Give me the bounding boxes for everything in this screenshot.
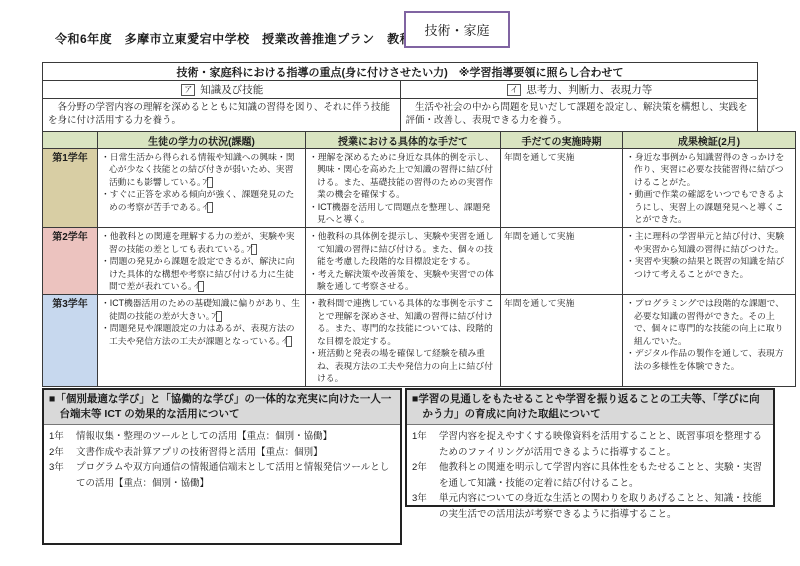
period-text: 年間を通して実施 [504,230,619,242]
status-item: ・問題発見や課題設定の力はあるが、表現方法の工夫や発信方法の工夫が課題となってい… [101,322,302,347]
list-item: 3年 プログラムや双方向通信の情報通信端末として活用と情報発信ツールとしての活用… [49,460,395,491]
criteria-tag-a: ア [207,177,213,188]
ict-usage-section: ■「個別最適な学び」と「協働的な学び」の一体的な充実に向けた一人一台端末等 IC… [42,388,402,545]
grade-label: 1年 [412,429,439,460]
result-item: ・プログラミングでは段階的な課題で、必要な知識の習得ができた。その上で、個々に専… [626,297,792,347]
criteria-b-label: 思考力、判断力、表現力等 [526,84,652,96]
item-text: 単元内容についての身近な生活との関わりを取りあげることと、知識・技能の実生活での… [439,491,768,522]
grade1-label: 第1学年 [43,149,98,228]
grade3-results-cell: ・プログラミングでは段階的な課題で、必要な知識の習得ができた。その上で、個々に専… [623,295,796,387]
item-text: 他教科との関連を明示して学習内容に具体性をもたせることと、実験・実習を通して知識… [439,460,768,491]
ict-usage-items: 1年 情報収集・整理のツールとしての活用【重点：個別・協働】 2年 文書作成や表… [44,425,400,491]
header-status: 生徒の学力の状況(課題) [98,132,306,149]
learning-attitude-heading: ■学習の見通しをもたせることや学習を振り返ることの工夫等、「学びに向かう力」の育… [407,390,773,425]
list-item: 1年 情報収集・整理のツールとしての活用【重点：個別・協働】 [49,429,395,445]
grade2-row: 第2学年 ・他教科との関連を理解する力の差が、実験や実習の技能の差としても表れて… [43,228,796,295]
header-results: 成果検証(2月) [623,132,796,149]
grade1-row: 第1学年 ・日常生活から得られる情報や知識への興味・関心が少なく技能との結び付き… [43,149,796,228]
status-item: ・日常生活から得られる情報や知識への興味・関心が少なく技能との結び付きが弱いため… [101,151,302,188]
criteria-a: ア 知識及び技能 [43,81,401,99]
status-item: ・問題の発見から課題を設定できるが、解決に向けた具体的な構想や考察に結び付ける力… [101,255,302,292]
criteria-tag-b: イ [207,202,213,213]
status-text: ・問題発見や課題設定の力はあるが、表現方法の工夫や発信方法の工夫が課題となってい… [101,323,295,345]
item-text: プログラムや双方向通信の情報通信端末として活用と情報発信ツールとしての活用【重点… [76,460,395,491]
measure-item: ・理解を深めるために身近な具体的例を示し、興味・関心を高めた上で知識の習得に結び… [309,151,497,201]
grade2-status-cell: ・他教科との関連を理解する力の差が、実験や実習の技能の差としても表れている。ア … [98,228,306,295]
grade-label: 2年 [49,445,76,461]
focus-table: 技術・家庭科における指導の重点(身に付けさせたい力) ※学習指導要領に照らし合わ… [42,62,758,137]
status-text: ・日常生活から得られる情報や知識への興味・関心が少なく技能との結び付きが弱いため… [101,152,295,187]
grade1-results-cell: ・身近な事例から知識習得のきっかけを作り、実習に必要な技能習得に結びつけることが… [623,149,796,228]
period-text: 年間を通して実施 [504,151,619,163]
status-item: ・ICT機器活用のための基礎知識に偏りがあり、生徒間の技能の差が大きい。ア [101,297,302,322]
ict-usage-heading: ■「個別最適な学び」と「協働的な学び」の一体的な充実に向けた一人一台端末等 IC… [44,390,400,425]
status-text: ・ICT機器活用のための基礎知識に偏りがあり、生徒間の技能の差が大きい。 [101,298,300,320]
status-text: ・他教科との関連を理解する力の差が、実験や実習の技能の差としても表れている。 [101,231,295,253]
item-text: 学習内容を捉えやすくする映像資料を活用することと、既習事項を整理するためのファイ… [439,429,768,460]
criteria-a-tag: ア [181,84,195,96]
status-item: ・すぐに正答を求める傾向が強く、課題発見のための考察が苦手である。イ [101,188,302,213]
result-item: ・実習や実験の結果と既習の知識を結びつけて考えることができた。 [626,255,792,280]
measure-item: ・班活動と発表の場を確保して経験を積み重ね、表現方法の工夫や発信力の向上に結び付… [309,347,497,384]
grade1-period-cell: 年間を通して実施 [501,149,623,228]
grade2-period-cell: 年間を通して実施 [501,228,623,295]
header-measures: 授業における具体的な手だて [306,132,501,149]
period-text: 年間を通して実施 [504,297,619,309]
criteria-b: イ 思考力、判断力、表現力等 [400,81,758,99]
header-grade [43,132,98,149]
criteria-tag-b: イ [198,281,204,292]
result-item: ・動画で作業の確認をいつでもできるようにし、実習上の課題発見へと導くことができた… [626,188,792,225]
result-item: ・身近な事例から知識習得のきっかけを作り、実習に必要な技能習得に結びつけることが… [626,151,792,188]
item-text: 文書作成や表計算アプリの技術習得と活用【重点：個別】 [76,445,395,461]
criteria-b-tag: イ [507,84,521,96]
grade-label: 3年 [412,491,439,522]
subject-name-box: 技術・家庭 [404,11,510,48]
grade3-row: 第3学年 ・ICT機器活用のための基礎知識に偏りがあり、生徒間の技能の差が大きい… [43,295,796,387]
grade1-status-cell: ・日常生活から得られる情報や知識への興味・関心が少なく技能との結び付きが弱いため… [98,149,306,228]
result-item: ・デジタル作品の製作を通して、表現方法の多様性を体験できた。 [626,347,792,372]
criteria-tag-b: イ [286,336,292,347]
document-title: 令和6年度 多摩市立東愛宕中学校 授業改善推進プラン 教科名 [55,30,425,47]
grade2-measures-cell: ・他教科の具体例を提示し、実験や実習を通して知識の習得に結び付ける。また、個々の… [306,228,501,295]
grade3-period-cell: 年間を通して実施 [501,295,623,387]
grade2-label: 第2学年 [43,228,98,295]
measure-item: ・教科間で連携している具体的な事例を示すことで理解を深めさせ、知識の習得に結び付… [309,297,497,347]
measure-item: ・他教科の具体例を提示し、実験や実習を通して知識の習得に結び付ける。また、個々の… [309,230,497,267]
measure-item: ・考えた解決策や改善策を、実験や実習での体験を通して考察させる。 [309,268,497,293]
plan-table-header-row: 生徒の学力の状況(課題) 授業における具体的な手だて 手だての実施時期 成果検証… [43,132,796,149]
header-period: 手だての実施時期 [501,132,623,149]
grade-label: 2年 [412,460,439,491]
criteria-tag-a: ア [216,311,222,322]
criteria-b-description: 生活や社会の中から問題を見いだして課題を設定し、解決策を構想し、実践を評価・改善… [406,101,753,127]
criteria-a-description: 各分野の学習内容の理解を深めるとともに知識の習得を図り、それに伴う技能を身に付け… [48,101,395,127]
grade-label: 1年 [49,429,76,445]
subject-name: 技術・家庭 [424,20,489,39]
grade3-status-cell: ・ICT機器活用のための基礎知識に偏りがあり、生徒間の技能の差が大きい。ア ・問… [98,295,306,387]
grade3-label: 第3学年 [43,295,98,387]
list-item: 3年 単元内容についての身近な生活との関わりを取りあげることと、知識・技能の実生… [412,491,768,522]
list-item: 2年 文書作成や表計算アプリの技術習得と活用【重点：個別】 [49,445,395,461]
criteria-a-label: 知識及び技能 [200,84,263,96]
learning-attitude-section: ■学習の見通しをもたせることや学習を振り返ることの工夫等、「学びに向かう力」の育… [405,388,775,507]
measure-item: ・ICT機器を活用して問題点を整理し、課題発見へと導く。 [309,201,497,226]
list-item: 1年 学習内容を捉えやすくする映像資料を活用することと、既習事項を整理するための… [412,429,768,460]
learning-attitude-items: 1年 学習内容を捉えやすくする映像資料を活用することと、既習事項を整理するための… [407,425,773,522]
grade-label: 3年 [49,460,76,491]
grade3-measures-cell: ・教科間で連携している具体的な事例を示すことで理解を深めさせ、知識の習得に結び付… [306,295,501,387]
grade1-measures-cell: ・理解を深めるために身近な具体的例を示し、興味・関心を高めた上で知識の習得に結び… [306,149,501,228]
result-item: ・主に理科の学習単元と結び付け、実験や実習から知識の習得に結びつけた。 [626,230,792,255]
grade2-results-cell: ・主に理科の学習単元と結び付け、実験や実習から知識の習得に結びつけた。 ・実習や… [623,228,796,295]
status-item: ・他教科との関連を理解する力の差が、実験や実習の技能の差としても表れている。ア [101,230,302,255]
item-text: 情報収集・整理のツールとしての活用【重点：個別・協働】 [76,429,395,445]
focus-title: 技術・家庭科における指導の重点(身に付けさせたい力) ※学習指導要領に照らし合わ… [43,63,758,81]
list-item: 2年 他教科との関連を明示して学習内容に具体性をもたせることと、実験・実習を通し… [412,460,768,491]
plan-table: 生徒の学力の状況(課題) 授業における具体的な手だて 手だての実施時期 成果検証… [42,131,796,387]
status-text: ・すぐに正答を求める傾向が強く、課題発見のための考察が苦手である。 [101,189,294,211]
criteria-tag-a: ア [251,244,257,255]
